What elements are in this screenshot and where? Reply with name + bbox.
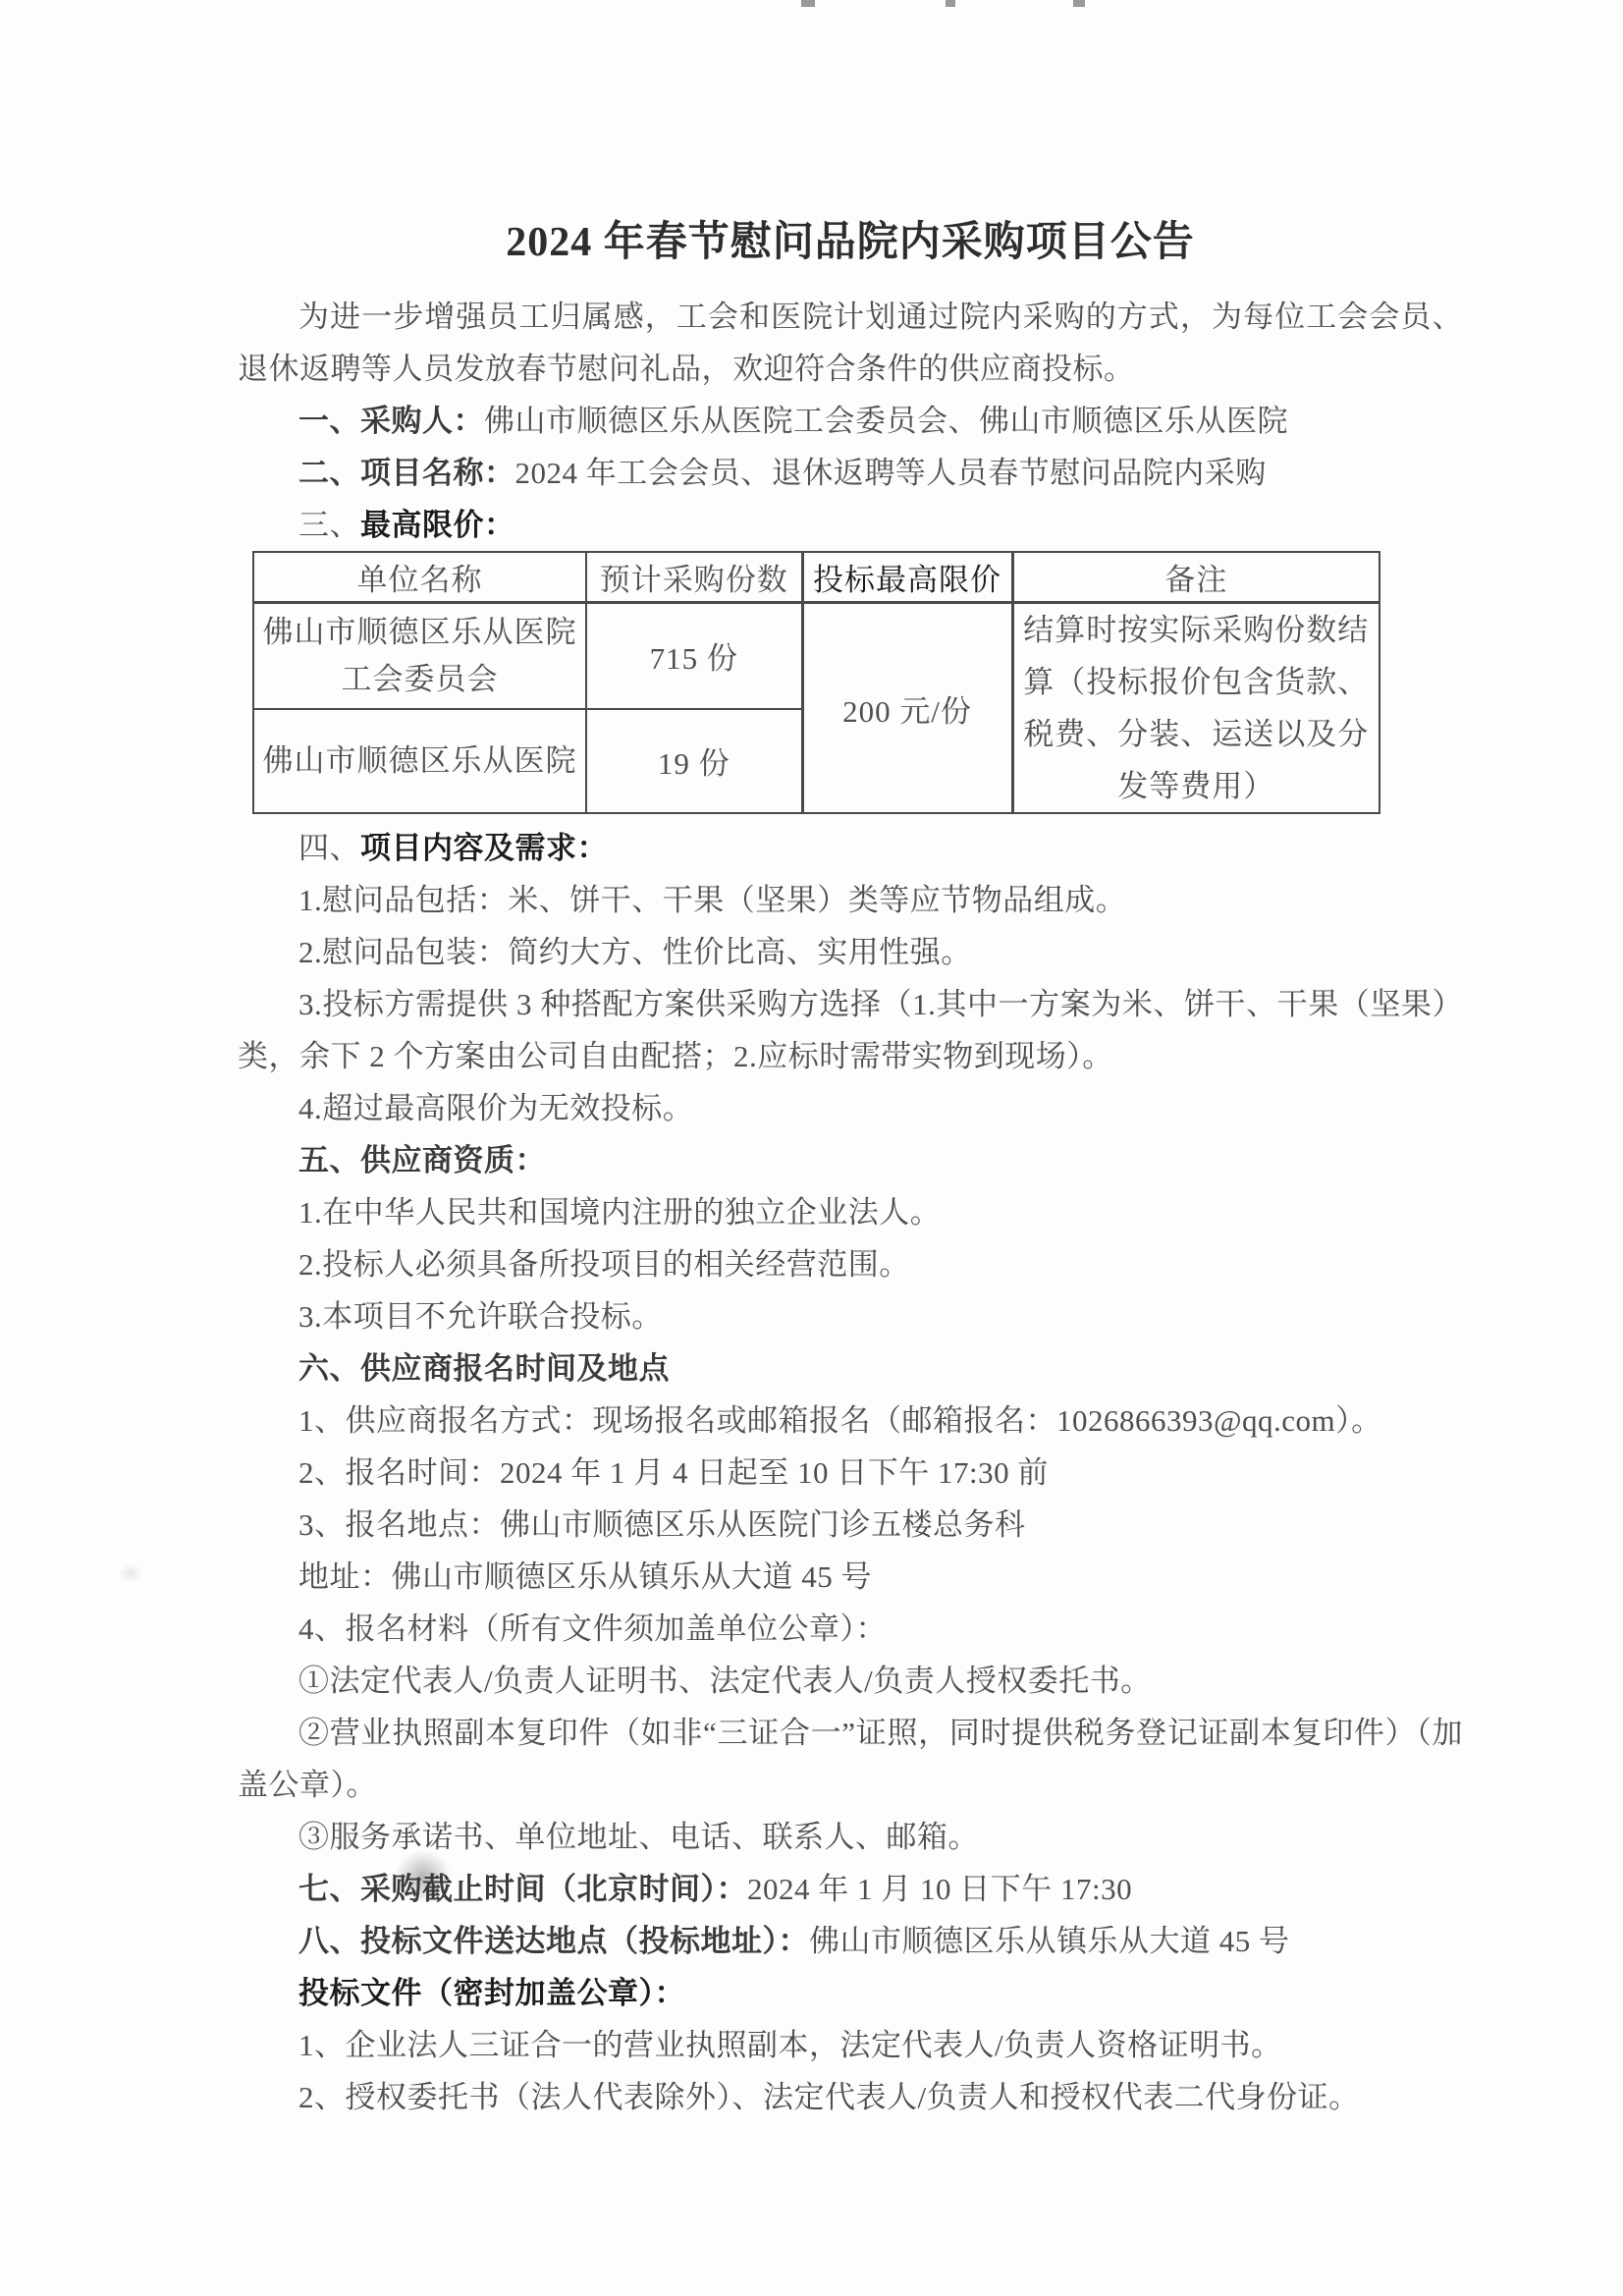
content-item-3: 3.投标方需提供 3 种搭配方案供采购方选择（1.其中一方案为米、饼干、干果（坚… bbox=[238, 978, 1463, 1082]
scan-artifact-tick bbox=[946, 0, 955, 7]
bid-documents-item-2: 2、授权委托书（法人代表除外）、法定代表人/负责人和授权代表二代身份证。 bbox=[238, 2071, 1463, 2123]
registration-item-3: 3、报名地点：佛山市顺德区乐从医院门诊五楼总务科 bbox=[238, 1499, 1463, 1551]
section-number: 四、 bbox=[298, 831, 360, 865]
header-unit-name: 单位名称 bbox=[253, 552, 586, 603]
bid-documents-item-1: 1、企业法人三证合一的营业执照副本，法定代表人/负责人资格证明书。 bbox=[238, 2019, 1463, 2071]
document-title: 2024 年春节慰问品院内采购项目公告 bbox=[238, 217, 1463, 268]
qualification-item-3: 3.本项目不允许联合投标。 bbox=[238, 1290, 1463, 1342]
registration-item-2: 2、报名时间：2024 年 1 月 4 日起至 10 日下午 17:30 前 bbox=[238, 1447, 1463, 1499]
cell-remark: 结算时按实际采购份数结 算（投标报价包含货款、 税费、分装、运送以及分 发等费用… bbox=[1012, 603, 1380, 814]
section-max-price-heading: 三、最高限价： bbox=[238, 499, 1463, 551]
section-delivery-address-label: 八、投标文件送达地点（投标地址）： bbox=[298, 1924, 809, 1958]
price-table: 单位名称 预计采购份数 投标最高限价 备注 佛山市顺德区乐从医院 工会委员会 7… bbox=[252, 551, 1380, 814]
section-deadline-text: 2024 年 1 月 10 日下午 17:30 bbox=[747, 1872, 1132, 1906]
scanned-document-page: 2024 年春节慰问品院内采购项目公告 为进一步增强员工归属感，工会和医院计划通… bbox=[0, 0, 1623, 2296]
section-max-price-label: 最高限价： bbox=[360, 508, 515, 542]
document-body: 2024 年春节慰问品院内采购项目公告 为进一步增强员工归属感，工会和医院计划通… bbox=[238, 217, 1463, 2123]
qualification-item-1: 1.在中华人民共和国境内注册的独立企业法人。 bbox=[238, 1186, 1463, 1238]
cell-max-price: 200 元/份 bbox=[802, 603, 1012, 814]
section-content-heading: 四、项目内容及需求： bbox=[238, 822, 1463, 874]
registration-item-4: 4、报名材料（所有文件须加盖单位公章）： bbox=[238, 1603, 1463, 1655]
section-registration-label: 六、供应商报名时间及地点 bbox=[298, 1351, 670, 1386]
cell-unit-hospital: 佛山市顺德区乐从医院 bbox=[253, 709, 586, 813]
header-max-bid-price: 投标最高限价 bbox=[802, 552, 1012, 603]
section-project-name-text: 2024 年工会会员、退休返聘等人员春节慰问品院内采购 bbox=[515, 456, 1267, 490]
section-deadline-label: 七、采购截止时间（北京时间）： bbox=[298, 1872, 747, 1906]
content-item-1: 1.慰问品包括：米、饼干、干果（坚果）类等应节物品组成。 bbox=[238, 874, 1463, 926]
cell-qty-hospital: 19 份 bbox=[586, 709, 802, 813]
cell-unit-union: 佛山市顺德区乐从医院 工会委员会 bbox=[253, 603, 586, 709]
section-purchaser: 一、采购人：佛山市顺德区乐从医院工会委员会、佛山市顺德区乐从医院 bbox=[238, 395, 1463, 447]
header-estimated-quantity: 预计采购份数 bbox=[586, 552, 802, 603]
section-number: 三、 bbox=[298, 508, 360, 542]
content-item-2: 2.慰问品包装：简约大方、性价比高、实用性强。 bbox=[238, 926, 1463, 978]
scan-smudge-artifact bbox=[118, 1563, 143, 1583]
price-table-header-row: 单位名称 预计采购份数 投标最高限价 备注 bbox=[253, 552, 1380, 603]
intro-paragraph: 为进一步增强员工归属感，工会和医院计划通过院内采购的方式，为每位工会会员、退休返… bbox=[238, 291, 1463, 395]
cell-qty-union: 715 份 bbox=[586, 603, 802, 709]
section-qualification-heading: 五、供应商资质： bbox=[238, 1134, 1463, 1186]
section-purchaser-label: 一、采购人： bbox=[298, 404, 484, 438]
content-item-4: 4.超过最高限价为无效投标。 bbox=[238, 1082, 1463, 1134]
section-purchaser-text: 佛山市顺德区乐从医院工会委员会、佛山市顺德区乐从医院 bbox=[484, 404, 1288, 438]
section-project-name: 二、项目名称：2024 年工会会员、退休返聘等人员春节慰问品院内采购 bbox=[238, 447, 1463, 499]
bid-documents-heading: 投标文件（密封加盖公章）： bbox=[238, 1967, 1463, 2019]
section-project-name-label: 二、项目名称： bbox=[298, 456, 515, 490]
section-qualification-label: 五、供应商资质： bbox=[298, 1143, 546, 1177]
registration-material-1: ①法定代表人/负责人证明书、法定代表人/负责人授权委托书。 bbox=[238, 1655, 1463, 1707]
registration-address: 地址：佛山市顺德区乐从镇乐从大道 45 号 bbox=[238, 1551, 1463, 1603]
price-table-row-union: 佛山市顺德区乐从医院 工会委员会 715 份 200 元/份 结算时按实际采购份… bbox=[253, 603, 1380, 709]
section-registration-heading: 六、供应商报名时间及地点 bbox=[238, 1342, 1463, 1394]
section-content-label: 项目内容及需求： bbox=[360, 831, 608, 865]
bid-documents-label: 投标文件（密封加盖公章）： bbox=[298, 1976, 685, 2010]
scan-artifact-tick bbox=[801, 0, 815, 7]
section-delivery-address-text: 佛山市顺德区乐从镇乐从大道 45 号 bbox=[809, 1924, 1290, 1958]
scan-artifact-tick bbox=[1073, 0, 1085, 7]
section-delivery-address: 八、投标文件送达地点（投标地址）：佛山市顺德区乐从镇乐从大道 45 号 bbox=[238, 1915, 1463, 1967]
section-deadline: 七、采购截止时间（北京时间）：2024 年 1 月 10 日下午 17:30 bbox=[238, 1863, 1463, 1915]
registration-material-3: ③服务承诺书、单位地址、电话、联系人、邮箱。 bbox=[238, 1811, 1463, 1863]
registration-material-2: ②营业执照副本复印件（如非“三证合一”证照，同时提供税务登记证副本复印件）（加盖… bbox=[238, 1707, 1463, 1811]
registration-item-1: 1、供应商报名方式：现场报名或邮箱报名（邮箱报名：1026866393@qq.c… bbox=[238, 1394, 1463, 1447]
qualification-item-2: 2.投标人必须具备所投项目的相关经营范围。 bbox=[238, 1238, 1463, 1290]
header-remark: 备注 bbox=[1012, 552, 1380, 603]
